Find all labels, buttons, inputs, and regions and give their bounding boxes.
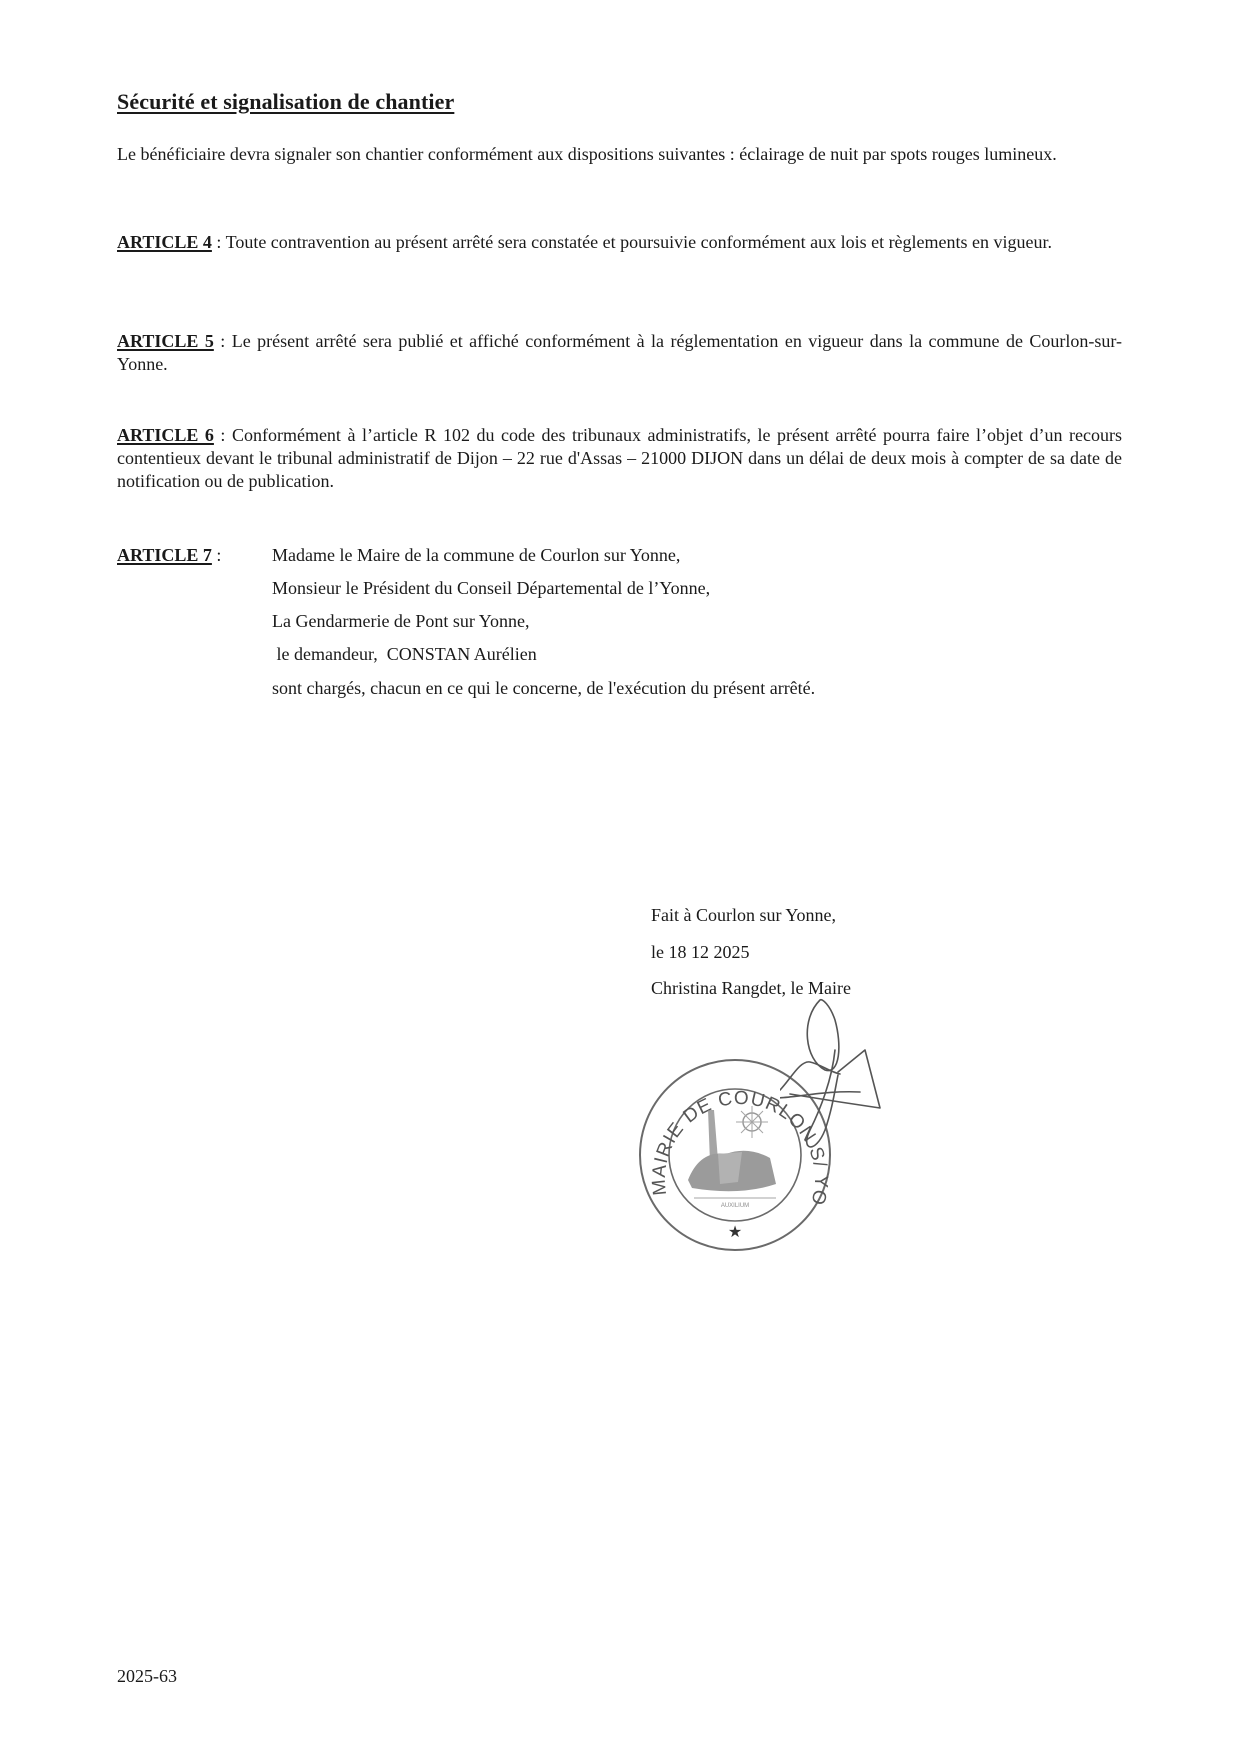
svg-text:AUXILIUM: AUXILIUM [721,1203,749,1209]
article-5-text: Le présent arrêté sera publié et affiché… [117,331,1122,374]
article-4: ARTICLE 4 : Toute contravention au prése… [117,231,1122,254]
signature-date: le 18 12 2025 [651,942,750,963]
article-7-line: sont chargés, chacun en ce qui le concer… [272,677,815,699]
article-7-sep: : [212,545,222,565]
document-reference: 2025-63 [117,1666,177,1687]
article-5-sep: : [214,331,232,351]
article-7-line: Madame le Maire de la commune de Courlon… [272,544,680,566]
article-4-text: Toute contravention au présent arrêté se… [226,232,1052,252]
article-6-label: ARTICLE 6 [117,425,214,445]
article-7-line: Monsieur le Président du Conseil Départe… [272,577,710,599]
seal-emblem-icon: AUXILIUM [688,1106,776,1209]
section-heading: Sécurité et signalisation de chantier [117,89,454,115]
signature-place: Fait à Courlon sur Yonne, [651,905,836,926]
intro-paragraph: Le bénéficiaire devra signaler son chant… [117,143,1122,166]
article-4-label: ARTICLE 4 [117,232,212,252]
article-7-line: le demandeur, CONSTAN Aurélien [272,643,537,665]
article-5: ARTICLE 5 : Le présent arrêté sera publi… [117,330,1122,376]
article-4-sep: : [212,232,226,252]
article-7-label: ARTICLE 7 [117,545,212,565]
article-5-label: ARTICLE 5 [117,331,214,351]
article-7-line: La Gendarmerie de Pont sur Yonne, [272,610,529,632]
article-7-heading: ARTICLE 7 : [117,544,221,566]
article-6: ARTICLE 6 : Conformément à l’article R 1… [117,424,1122,493]
article-6-text: Conformément à l’article R 102 du code d… [117,425,1122,491]
article-6-sep: : [214,425,232,445]
star-icon: ★ [728,1224,742,1241]
handwritten-signature [780,990,990,1170]
